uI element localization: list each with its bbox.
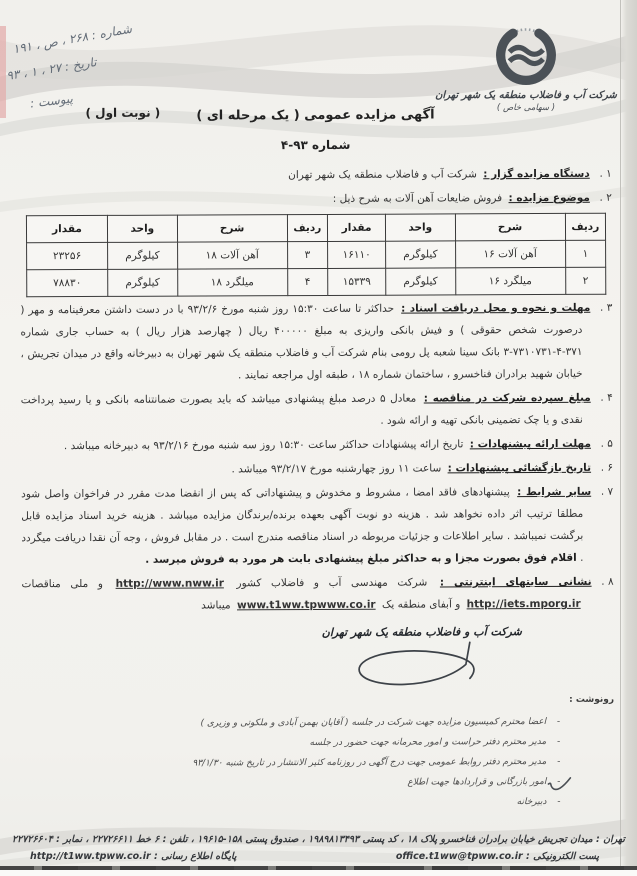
notice-item-5: ۵ .مهلت ارائه پیشنهادات : تاریخ ارائه پی…: [21, 433, 613, 458]
signature-company-name: شرکت آب و فاضلاب منطقه یک شهر تهران: [322, 625, 522, 639]
item-lead: دستگاه مزایده گزار :: [483, 168, 590, 180]
t1ww-website-link: www.t1ww.tpwww.co.ir: [237, 599, 376, 612]
copy-item: مدیر محترم دفتر روابط عمومی جهت درج آگهی…: [22, 752, 560, 774]
item-bold-tail: اقلام فوق بصورت مجزا و به حداکثر مبلغ پی…: [145, 552, 577, 566]
footer-address: تهران : میدان تجریش خیابان برادران فناخس…: [0, 834, 637, 845]
col-quantity: مقدار: [26, 215, 107, 242]
copy-text: مدیر محترم دفتر حراست و امور محرمانه جهت…: [309, 737, 546, 748]
auction-items-table: ردیف شرح واحد مقدار ردیف شرح واحد مقدار …: [26, 213, 607, 298]
notice-body: آگهی مزایده عمومی ( یک مرحله ای ) ( نوبت…: [19, 103, 614, 815]
item-number: ۸ .: [592, 571, 614, 593]
notice-number: شماره ۹۳-۴: [20, 137, 612, 154]
cell: کیلوگرم: [386, 268, 456, 295]
table-header-row: ردیف شرح واحد مقدار ردیف شرح واحد مقدار: [26, 213, 605, 243]
copy-item: اعضا محترم کمیسیون مزایده جهت شرکت در جل…: [22, 712, 560, 734]
copy-item: امور بازرگانی و قراردادها جهت اطلاع: [22, 772, 560, 794]
item-text: تاریخ ارائه پیشنهادات حداکثر ساعت ۱۵:۳۰ …: [64, 438, 464, 452]
cell: میلگرد ۱۸: [177, 269, 287, 296]
item-number: ۶ .: [591, 457, 613, 479]
notice-round: ( نوبت اول ): [85, 106, 160, 120]
notice-item-8: ۸ .نشانی سایتهای اینترنتی : شرکت مهندسی …: [21, 571, 613, 618]
notice-item-4: ۴ .مبلغ سپرده شرکت در مناقصه : معادل ۵ د…: [21, 387, 613, 434]
footer-website: پایگاه اطلاع رسانی : http://t1ww.tpww.co…: [30, 851, 237, 862]
copies-section: رونوشت : اعضا محترم کمیسیون مزایده جهت ش…: [22, 690, 615, 815]
notice-item-1: ۱ .دستگاه مزایده گزار : شرکت آب و فاضلاب…: [20, 163, 612, 188]
item-text: میباشد: [201, 599, 231, 611]
company-letterhead: شرکت آب و فاضلاب منطقه یک شهر تهران ( سه…: [431, 24, 621, 113]
footer-website-label: پایگاه اطلاع رسانی :: [154, 851, 237, 862]
cell: ۳: [287, 241, 328, 268]
item-text: حداکثر تا ساعت ۱۵:۳۰ روز شنبه مورخ ۹۳/۲/…: [20, 303, 582, 382]
table-row: ۲ میلگرد ۱۶ کیلوگرم ۱۵۳۳۹ ۴ میلگرد ۱۸ کی…: [27, 267, 606, 297]
table-row: ۱ آهن آلات ۱۶ کیلوگرم ۱۶۱۱۰ ۳ آهن آلات ۱…: [26, 240, 605, 270]
letterhead-footer: تهران : میدان تجریش خیابان برادران فناخس…: [0, 834, 637, 862]
scan-right-edge: [620, 0, 637, 876]
item-text: شرکت مهندسی آب و فاضلاب کشور: [236, 577, 427, 590]
cell: ۱۶۱۱۰: [328, 241, 386, 268]
item-number: ۵ .: [591, 433, 613, 455]
item-lead: مهلت ارائه پیشنهادات :: [470, 438, 591, 451]
cell: ۴: [287, 268, 328, 295]
item-lead: سایر شرایط :: [517, 486, 591, 498]
item-number: ۷ .: [591, 481, 613, 503]
copy-text: دبیرخانه: [517, 797, 547, 807]
col-row-no: ردیف: [565, 213, 606, 240]
scan-bottom-edge: [0, 866, 637, 870]
copies-label: رونوشت :: [569, 695, 614, 705]
footer-website-url: http://t1ww.tpww.co.ir: [30, 851, 151, 862]
footer-email-label: پست الکترونیکی :: [526, 851, 599, 862]
item-lead: مهلت و نحوه و محل دریافت اسناد :: [401, 302, 590, 315]
cell: ۱۵۳۳۹: [328, 268, 386, 295]
item-lead: نشانی سایتهای اینترنتی :: [440, 576, 592, 589]
item-text: و ملی مناقصات: [22, 578, 103, 590]
water-company-logo-icon: [495, 24, 557, 86]
handwritten-signature: [352, 636, 562, 689]
copy-text: امور بازرگانی و قراردادها جهت اطلاع: [407, 777, 546, 788]
nww-website-link: http://www.nww.ir: [116, 577, 224, 589]
item-text: شرکت آب و فاضلاب منطقه یک شهر تهران: [288, 168, 477, 181]
item-lead: موضوع مزایده :: [508, 192, 589, 204]
col-unit: واحد: [385, 214, 455, 241]
item-lead: تاریخ بازگشائی پیشنهادات :: [448, 462, 592, 475]
col-description: شرح: [177, 215, 287, 242]
copy-item: دبیرخانه: [22, 792, 560, 814]
cell: ۱: [565, 240, 606, 267]
item-number: ۱ .: [590, 163, 612, 185]
item-number: ۳ .: [590, 297, 612, 319]
iets-website-link: http://iets.mporg.ir: [467, 598, 581, 610]
col-unit: واحد: [108, 215, 178, 242]
item-text: و آبفای منطقه یک: [382, 598, 460, 610]
col-description: شرح: [455, 213, 565, 240]
notice-item-2: ۲ .موضوع مزایده : فروش ضایعات آهن آلات ب…: [20, 187, 612, 212]
col-quantity: مقدار: [328, 214, 386, 241]
cell: آهن آلات ۱۸: [177, 242, 287, 269]
cell: ۷۸۸۳۰: [27, 269, 108, 296]
scanned-document-page: شماره : ۲۶۸ ، ص ، ۱۹۱ تاریخ : ۲۷ ، ۱ ، ۹…: [0, 0, 637, 876]
col-row-no: ردیف: [287, 214, 328, 241]
item-number: ۲ .: [590, 187, 612, 209]
copy-item: مدیر محترم دفتر حراست و امور محرمانه جهت…: [22, 732, 560, 754]
cell: آهن آلات ۱۶: [455, 240, 565, 267]
notice-item-6: ۶ .تاریخ بازگشائی پیشنهادات : ساعت ۱۱ رو…: [21, 457, 613, 482]
scan-bottom-margin: [0, 870, 637, 876]
company-name: شرکت آب و فاضلاب منطقه یک شهر تهران: [431, 90, 621, 101]
footer-email-address: office.t1ww@tpww.co.ir: [396, 851, 523, 862]
item-text: ساعت ۱۱ روز چهارشنبه مورخ ۹۳/۲/۱۷ میباشد…: [231, 462, 441, 475]
notice-item-3: ۳ .مهلت و نحوه و محل دریافت اسناد : حداک…: [20, 297, 612, 388]
notice-item-7: ۷ .سایر شرایط : پیشنهادهای فاقد امضا ، م…: [21, 481, 613, 572]
cell: ۲: [565, 267, 606, 294]
cell: کیلوگرم: [386, 241, 456, 268]
item-text: فروش ضایعات آهن آلات به شرح ذیل :: [333, 192, 503, 205]
copy-text: اعضا محترم کمیسیون مزایده جهت شرکت در جل…: [200, 717, 546, 729]
item-number: ۴ .: [591, 387, 613, 409]
copy-text: مدیر محترم دفتر روابط عمومی جهت درج آگهی…: [192, 757, 546, 769]
cell: کیلوگرم: [108, 269, 178, 296]
cell: کیلوگرم: [108, 242, 178, 269]
cell: ۲۳۲۵۶: [26, 242, 107, 269]
footer-email: پست الکترونیکی : office.t1ww@tpww.co.ir: [396, 851, 599, 862]
notice-title: آگهی مزایده عمومی ( یک مرحله ای ): [196, 107, 434, 123]
cell: میلگرد ۱۶: [455, 267, 565, 294]
item-lead: مبلغ سپرده شرکت در مناقصه :: [424, 392, 591, 405]
